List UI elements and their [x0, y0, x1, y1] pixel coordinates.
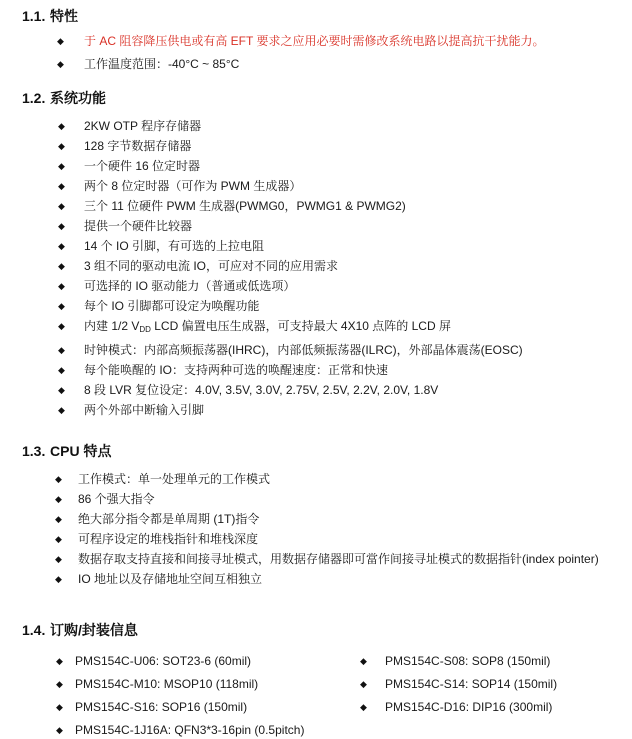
feature-text: 两个外部中断输入引脚: [84, 403, 204, 417]
diamond-bullet-icon: ◆: [58, 296, 65, 316]
diamond-bullet-icon: ◆: [55, 469, 62, 489]
part-number-text: PMS154C-S08: SOP8 (150mil): [385, 654, 550, 668]
diamond-bullet-icon: ◆: [360, 650, 367, 673]
ordering-list-left: ◆ PMS154C-U06: SOT23-6 (60mil) ◆ PMS154C…: [56, 650, 360, 739]
feature-text: 三个 11 位硬件 PWM 生成器(PWMG0，PWMG1 & PWMG2): [84, 199, 406, 213]
datasheet-page: 1.1. 特性 ◆ 于 AC 阻容降压供电或有高 EFT 要求之应用必要时需修改…: [0, 0, 632, 739]
diamond-bullet-icon: ◆: [55, 489, 62, 509]
list-item: ◆ 两个 8 位定时器（可作为 PWM 生成器）: [0, 176, 632, 196]
diamond-bullet-icon: ◆: [58, 316, 65, 336]
list-item-lcd-bias: ◆ 内建 1/2 VDD LCD 偏置电压生成器，可支持最大 4X10 点阵的 …: [0, 316, 632, 340]
ordering-list-right: ◆ PMS154C-S08: SOP8 (150mil) ◆ PMS154C-S…: [360, 650, 632, 739]
feature-text-warning: 于 AC 阻容降压供电或有高 EFT 要求之应用必要时需修改系统电路以提高抗干扰…: [84, 34, 544, 48]
diamond-bullet-icon: ◆: [58, 156, 65, 176]
feature-text: 可选择的 IO 驱动能力（普通或低选项）: [84, 279, 295, 293]
part-number-text: PMS154C-S16: SOP16 (150mil): [75, 700, 247, 714]
diamond-bullet-icon: ◆: [56, 696, 63, 719]
list-item: ◆ PMS154C-U06: SOT23-6 (60mil): [56, 650, 360, 673]
section-number: 1.3.: [22, 443, 50, 460]
list-item: ◆ 数据存取支持直接和间接寻址模式，用数据存储器即可當作间接寻址模式的数据指针(…: [0, 549, 632, 569]
list-item: ◆ 128 字节数据存储器: [0, 136, 632, 156]
feature-text: 3 组不同的驱动电流 IO，可应对不同的应用需求: [84, 259, 338, 273]
diamond-bullet-icon: ◆: [58, 176, 65, 196]
diamond-bullet-icon: ◆: [58, 360, 65, 380]
feature-text: 可程序设定的堆栈指针和堆栈深度: [78, 532, 258, 546]
diamond-bullet-icon: ◆: [58, 216, 65, 236]
list-item: ◆ IO 地址以及存储地址空间互相独立: [0, 569, 632, 589]
diamond-bullet-icon: ◆: [55, 509, 62, 529]
list-item: ◆ 3 组不同的驱动电流 IO，可应对不同的应用需求: [0, 256, 632, 276]
list-item: ◆ PMS154C-S14: SOP14 (150mil): [360, 673, 632, 696]
cpu-features-list: ◆ 工作模式：单一处理单元的工作模式 ◆ 86 个强大指令 ◆ 绝大部分指令都是…: [0, 469, 632, 589]
diamond-bullet-icon: ◆: [360, 673, 367, 696]
ordering-info-grid: ◆ PMS154C-U06: SOT23-6 (60mil) ◆ PMS154C…: [56, 650, 632, 739]
feature-text: 8 段 LVR 复位设定：4.0V, 3.5V, 3.0V, 2.75V, 2.…: [84, 383, 438, 397]
section-heading-ordering-package: 1.4. 订购/封装信息: [22, 622, 632, 639]
list-item: ◆ 每个 IO 引脚都可设定为唤醒功能: [0, 296, 632, 316]
diamond-bullet-icon: ◆: [58, 340, 65, 360]
diamond-bullet-icon: ◆: [58, 136, 65, 156]
vdd-subscript: DD: [139, 325, 151, 334]
list-item: ◆ PMS154C-S08: SOP8 (150mil): [360, 650, 632, 673]
feature-text: 绝大部分指令都是单周期 (1T)指令: [78, 512, 259, 526]
diamond-bullet-icon: ◆: [55, 549, 62, 569]
list-item: ◆ PMS154C-D16: DIP16 (300mil): [360, 696, 632, 719]
feature-text: 工作模式：单一处理单元的工作模式: [78, 472, 270, 486]
list-item: ◆ PMS154C-1J16A: QFN3*3-16pin (0.5pitch): [56, 719, 360, 739]
feature-text: 14 个 IO 引脚，有可选的上拉电阻: [84, 239, 264, 253]
part-number-text: PMS154C-S14: SOP14 (150mil): [385, 677, 557, 691]
section-heading-system-functions: 1.2. 系统功能: [22, 90, 632, 107]
section-number: 1.1.: [22, 8, 50, 25]
diamond-bullet-icon: ◆: [57, 30, 64, 53]
list-item: ◆ 14 个 IO 引脚，有可选的上拉电阻: [0, 236, 632, 256]
list-item: ◆ 可程序设定的堆栈指针和堆栈深度: [0, 529, 632, 549]
feature-text: 128 字节数据存储器: [84, 139, 191, 153]
feature-text: 数据存取支持直接和间接寻址模式，用数据存储器即可當作间接寻址模式的数据指针(in…: [78, 552, 599, 566]
list-item: ◆ 8 段 LVR 复位设定：4.0V, 3.5V, 3.0V, 2.75V, …: [0, 380, 632, 400]
list-item: ◆ 时钟模式：内部高频振荡器(IHRC)，内部低频振荡器(ILRC)，外部晶体震…: [0, 340, 632, 360]
feature-text: 一个硬件 16 位定时器: [84, 159, 200, 173]
list-item: ◆ 一个硬件 16 位定时器: [0, 156, 632, 176]
diamond-bullet-icon: ◆: [57, 53, 64, 76]
feature-text: 内建 1/2 VDD LCD 偏置电压生成器，可支持最大 4X10 点阵的 LC…: [84, 319, 451, 333]
list-item: ◆ 每个能唤醒的 IO：支持两种可选的唤醒速度：正常和快速: [0, 360, 632, 380]
list-item: ◆ 于 AC 阻容降压供电或有高 EFT 要求之应用必要时需修改系统电路以提高抗…: [0, 30, 632, 53]
diamond-bullet-icon: ◆: [55, 569, 62, 589]
feature-text: 时钟模式：内部高频振荡器(IHRC)，内部低频振荡器(ILRC)，外部晶体震荡(…: [84, 343, 523, 357]
feature-text: 提供一个硬件比较器: [84, 219, 192, 233]
feature-text: 2KW OTP 程序存储器: [84, 119, 201, 133]
diamond-bullet-icon: ◆: [58, 276, 65, 296]
list-item: ◆ 两个外部中断输入引脚: [0, 400, 632, 420]
diamond-bullet-icon: ◆: [360, 696, 367, 719]
section-title: 订购/封装信息: [50, 622, 138, 639]
diamond-bullet-icon: ◆: [58, 116, 65, 136]
section-title: CPU 特点: [50, 443, 111, 460]
feature-text: 每个能唤醒的 IO：支持两种可选的唤醒速度：正常和快速: [84, 363, 388, 377]
system-functions-list: ◆ 2KW OTP 程序存储器 ◆ 128 字节数据存储器 ◆ 一个硬件 16 …: [0, 116, 632, 420]
section-number: 1.4.: [22, 622, 50, 639]
list-item: ◆ 工作温度范围：-40°C ~ 85°C: [0, 53, 632, 76]
diamond-bullet-icon: ◆: [58, 380, 65, 400]
list-item: ◆ PMS154C-S16: SOP16 (150mil): [56, 696, 360, 719]
diamond-bullet-icon: ◆: [55, 529, 62, 549]
feature-text: 每个 IO 引脚都可设定为唤醒功能: [84, 299, 259, 313]
section-heading-cpu-features: 1.3. CPU 特点: [22, 443, 632, 460]
diamond-bullet-icon: ◆: [58, 236, 65, 256]
list-item: ◆ 绝大部分指令都是单周期 (1T)指令: [0, 509, 632, 529]
part-number-text: PMS154C-1J16A: QFN3*3-16pin (0.5pitch): [75, 723, 304, 737]
list-item: ◆ 三个 11 位硬件 PWM 生成器(PWMG0，PWMG1 & PWMG2): [0, 196, 632, 216]
feature-text: 86 个强大指令: [78, 492, 155, 506]
list-item: ◆ 工作模式：单一处理单元的工作模式: [0, 469, 632, 489]
feature-text-post: LCD 偏置电压生成器，可支持最大 4X10 点阵的 LCD 屏: [151, 319, 451, 333]
section-heading-features: 1.1. 特性: [22, 8, 632, 25]
list-item: ◆ 提供一个硬件比较器: [0, 216, 632, 236]
diamond-bullet-icon: ◆: [58, 256, 65, 276]
diamond-bullet-icon: ◆: [56, 719, 63, 739]
diamond-bullet-icon: ◆: [56, 650, 63, 673]
feature-text: 两个 8 位定时器（可作为 PWM 生成器）: [84, 179, 301, 193]
feature-text: IO 地址以及存储地址空间互相独立: [78, 572, 262, 586]
feature-text: 工作温度范围：-40°C ~ 85°C: [84, 57, 239, 71]
diamond-bullet-icon: ◆: [58, 400, 65, 420]
list-item: ◆ 可选择的 IO 驱动能力（普通或低选项）: [0, 276, 632, 296]
list-item: ◆ PMS154C-M10: MSOP10 (118mil): [56, 673, 360, 696]
list-item: ◆ 86 个强大指令: [0, 489, 632, 509]
list-item: ◆ 2KW OTP 程序存储器: [0, 116, 632, 136]
diamond-bullet-icon: ◆: [58, 196, 65, 216]
section-title: 特性: [50, 8, 78, 25]
section-number: 1.2.: [22, 90, 50, 107]
diamond-bullet-icon: ◆: [56, 673, 63, 696]
features-list: ◆ 于 AC 阻容降压供电或有高 EFT 要求之应用必要时需修改系统电路以提高抗…: [0, 30, 632, 76]
part-number-text: PMS154C-D16: DIP16 (300mil): [385, 700, 552, 714]
section-title: 系统功能: [50, 90, 106, 107]
feature-text-pre: 内建 1/2 V: [84, 319, 139, 333]
part-number-text: PMS154C-M10: MSOP10 (118mil): [75, 677, 258, 691]
part-number-text: PMS154C-U06: SOT23-6 (60mil): [75, 654, 251, 668]
